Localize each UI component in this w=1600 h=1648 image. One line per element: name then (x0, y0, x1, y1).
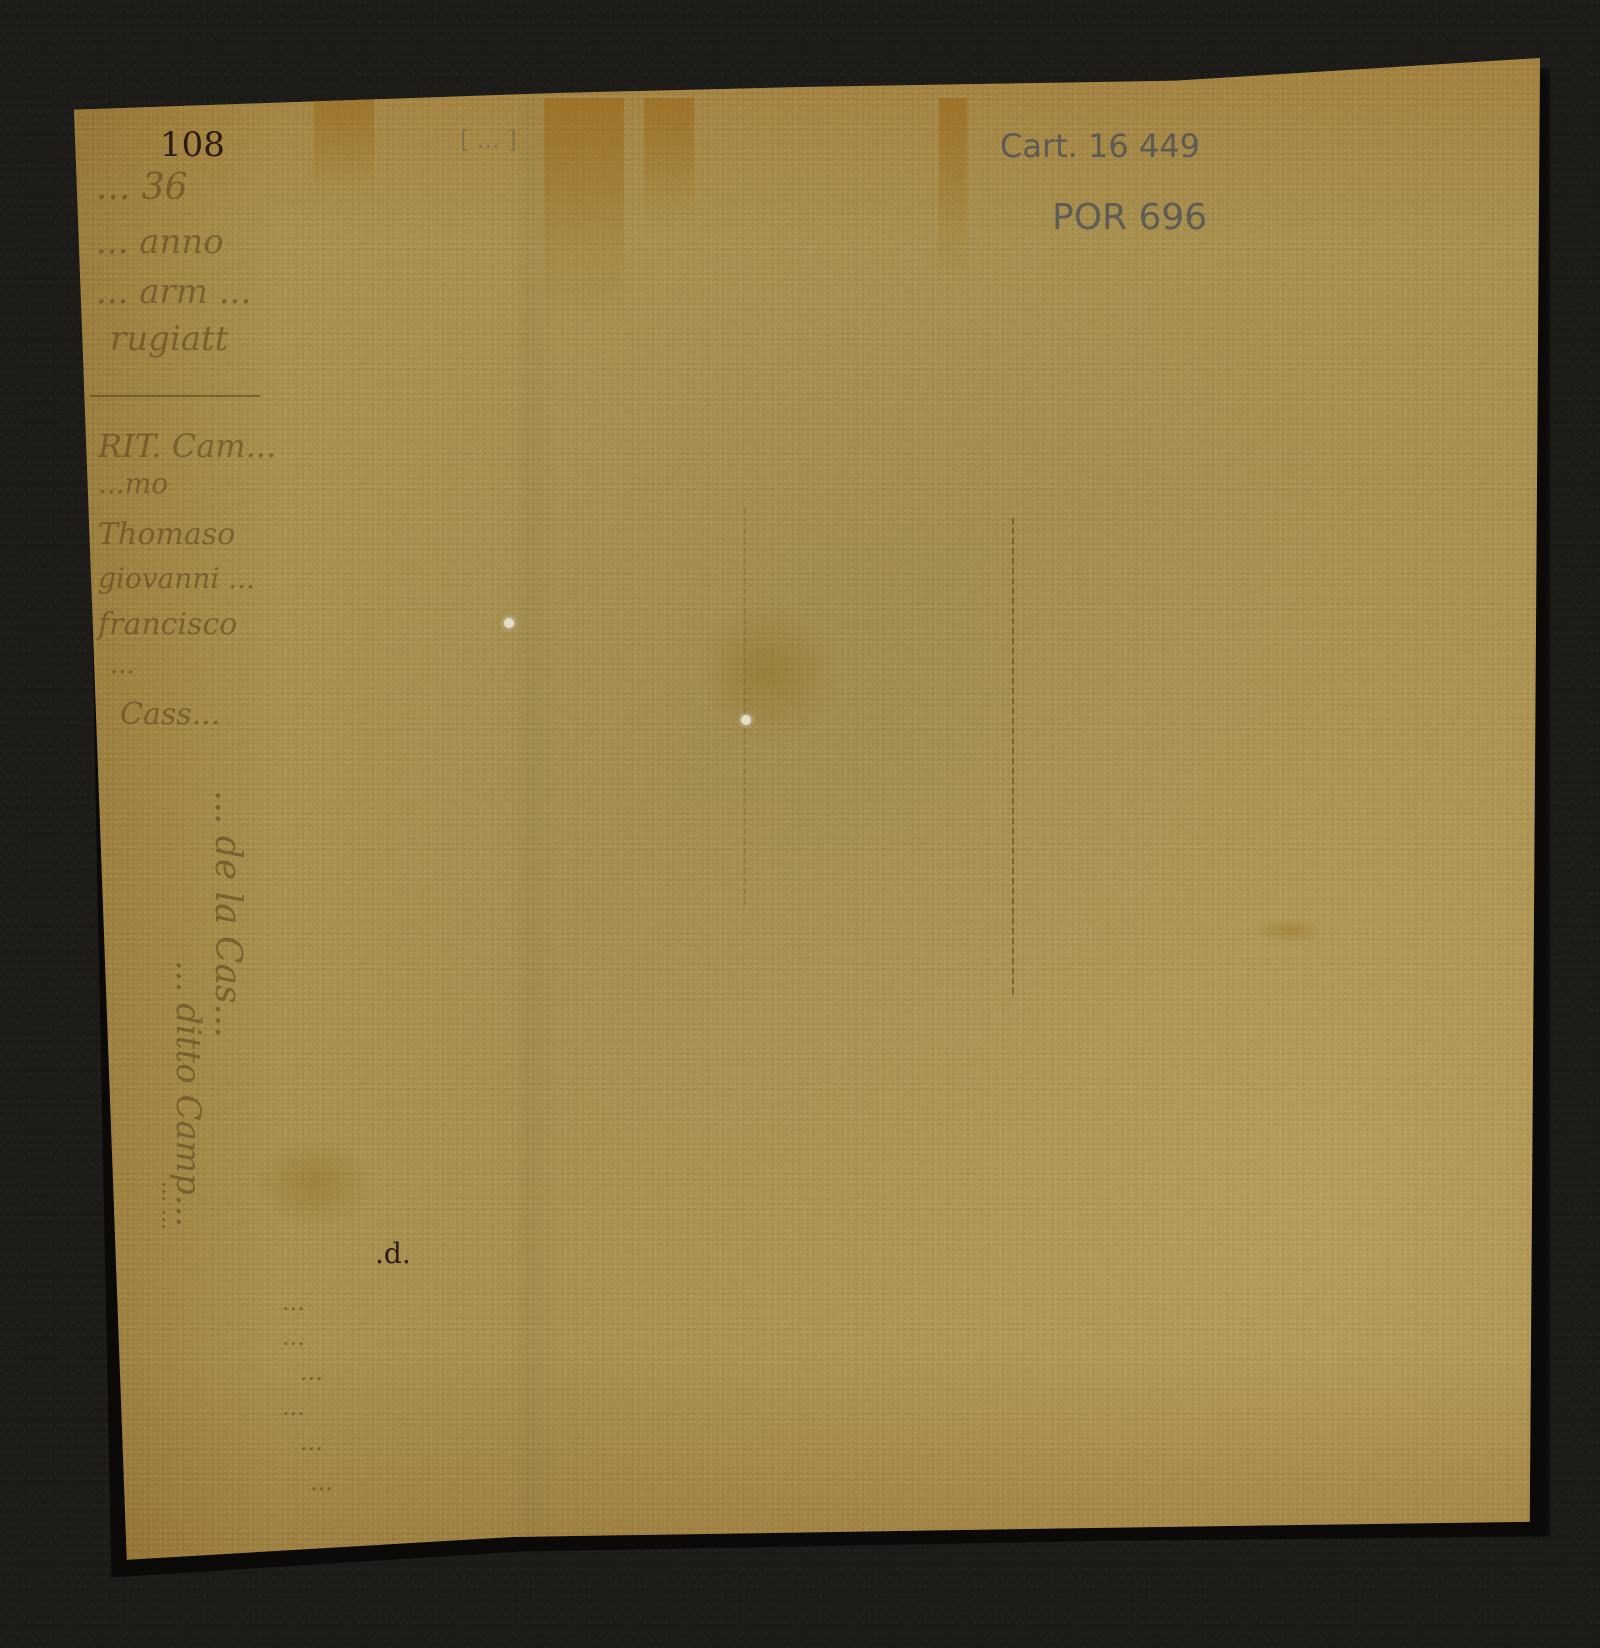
fold-line (1012, 518, 1014, 998)
dorsal-note-line: ... (110, 652, 135, 678)
stain (254, 1138, 374, 1228)
faded-note-line: ... (282, 1290, 305, 1314)
dorsal-note-line: Cass... (120, 700, 220, 730)
dorsal-note-line: RIT. Cam... (98, 430, 276, 462)
vertical-dorsal-note: ... ... (148, 1181, 170, 1230)
water-stain (939, 98, 967, 278)
vertical-dorsal-note: ... de la Cas... (209, 790, 245, 1038)
divider-stroke (90, 395, 260, 397)
water-stain (314, 88, 374, 198)
wormhole (741, 715, 751, 725)
faded-note-line: ... (300, 1430, 323, 1454)
dorsal-note-line: francisco (98, 610, 237, 640)
dorsal-note-line: Thomaso (98, 520, 235, 550)
faded-note-line: ... arm ... (96, 275, 251, 309)
shelfmark-line-2: POR 696 (1052, 200, 1207, 236)
faded-note-line: ... (300, 1360, 323, 1384)
shelfmark-line-1: Cart. 16 449 (1000, 130, 1200, 162)
water-stain (544, 98, 624, 318)
wormhole (504, 618, 514, 628)
circular-stain (694, 598, 844, 748)
faded-note-line: ... 36 (96, 170, 188, 206)
fold-line (744, 508, 746, 908)
faded-note-line: ... (282, 1325, 305, 1349)
vertical-dorsal-note: ... ditto Camp... (171, 960, 205, 1227)
dorsal-note-line: giovanni ... (98, 565, 255, 593)
letter-mark: .d. (375, 1240, 411, 1268)
stamp-mark: [ ... ] (460, 128, 517, 152)
faded-note-line: ... (310, 1470, 333, 1494)
water-stain (644, 98, 694, 228)
faded-note-line: ... anno (96, 225, 224, 259)
faded-note-line: ... (282, 1395, 305, 1419)
stain (1254, 918, 1324, 943)
folio-number: 108 (160, 128, 225, 162)
dorsal-note-line: ...mo (98, 470, 168, 498)
faded-note-line: rugiatt (110, 322, 228, 356)
